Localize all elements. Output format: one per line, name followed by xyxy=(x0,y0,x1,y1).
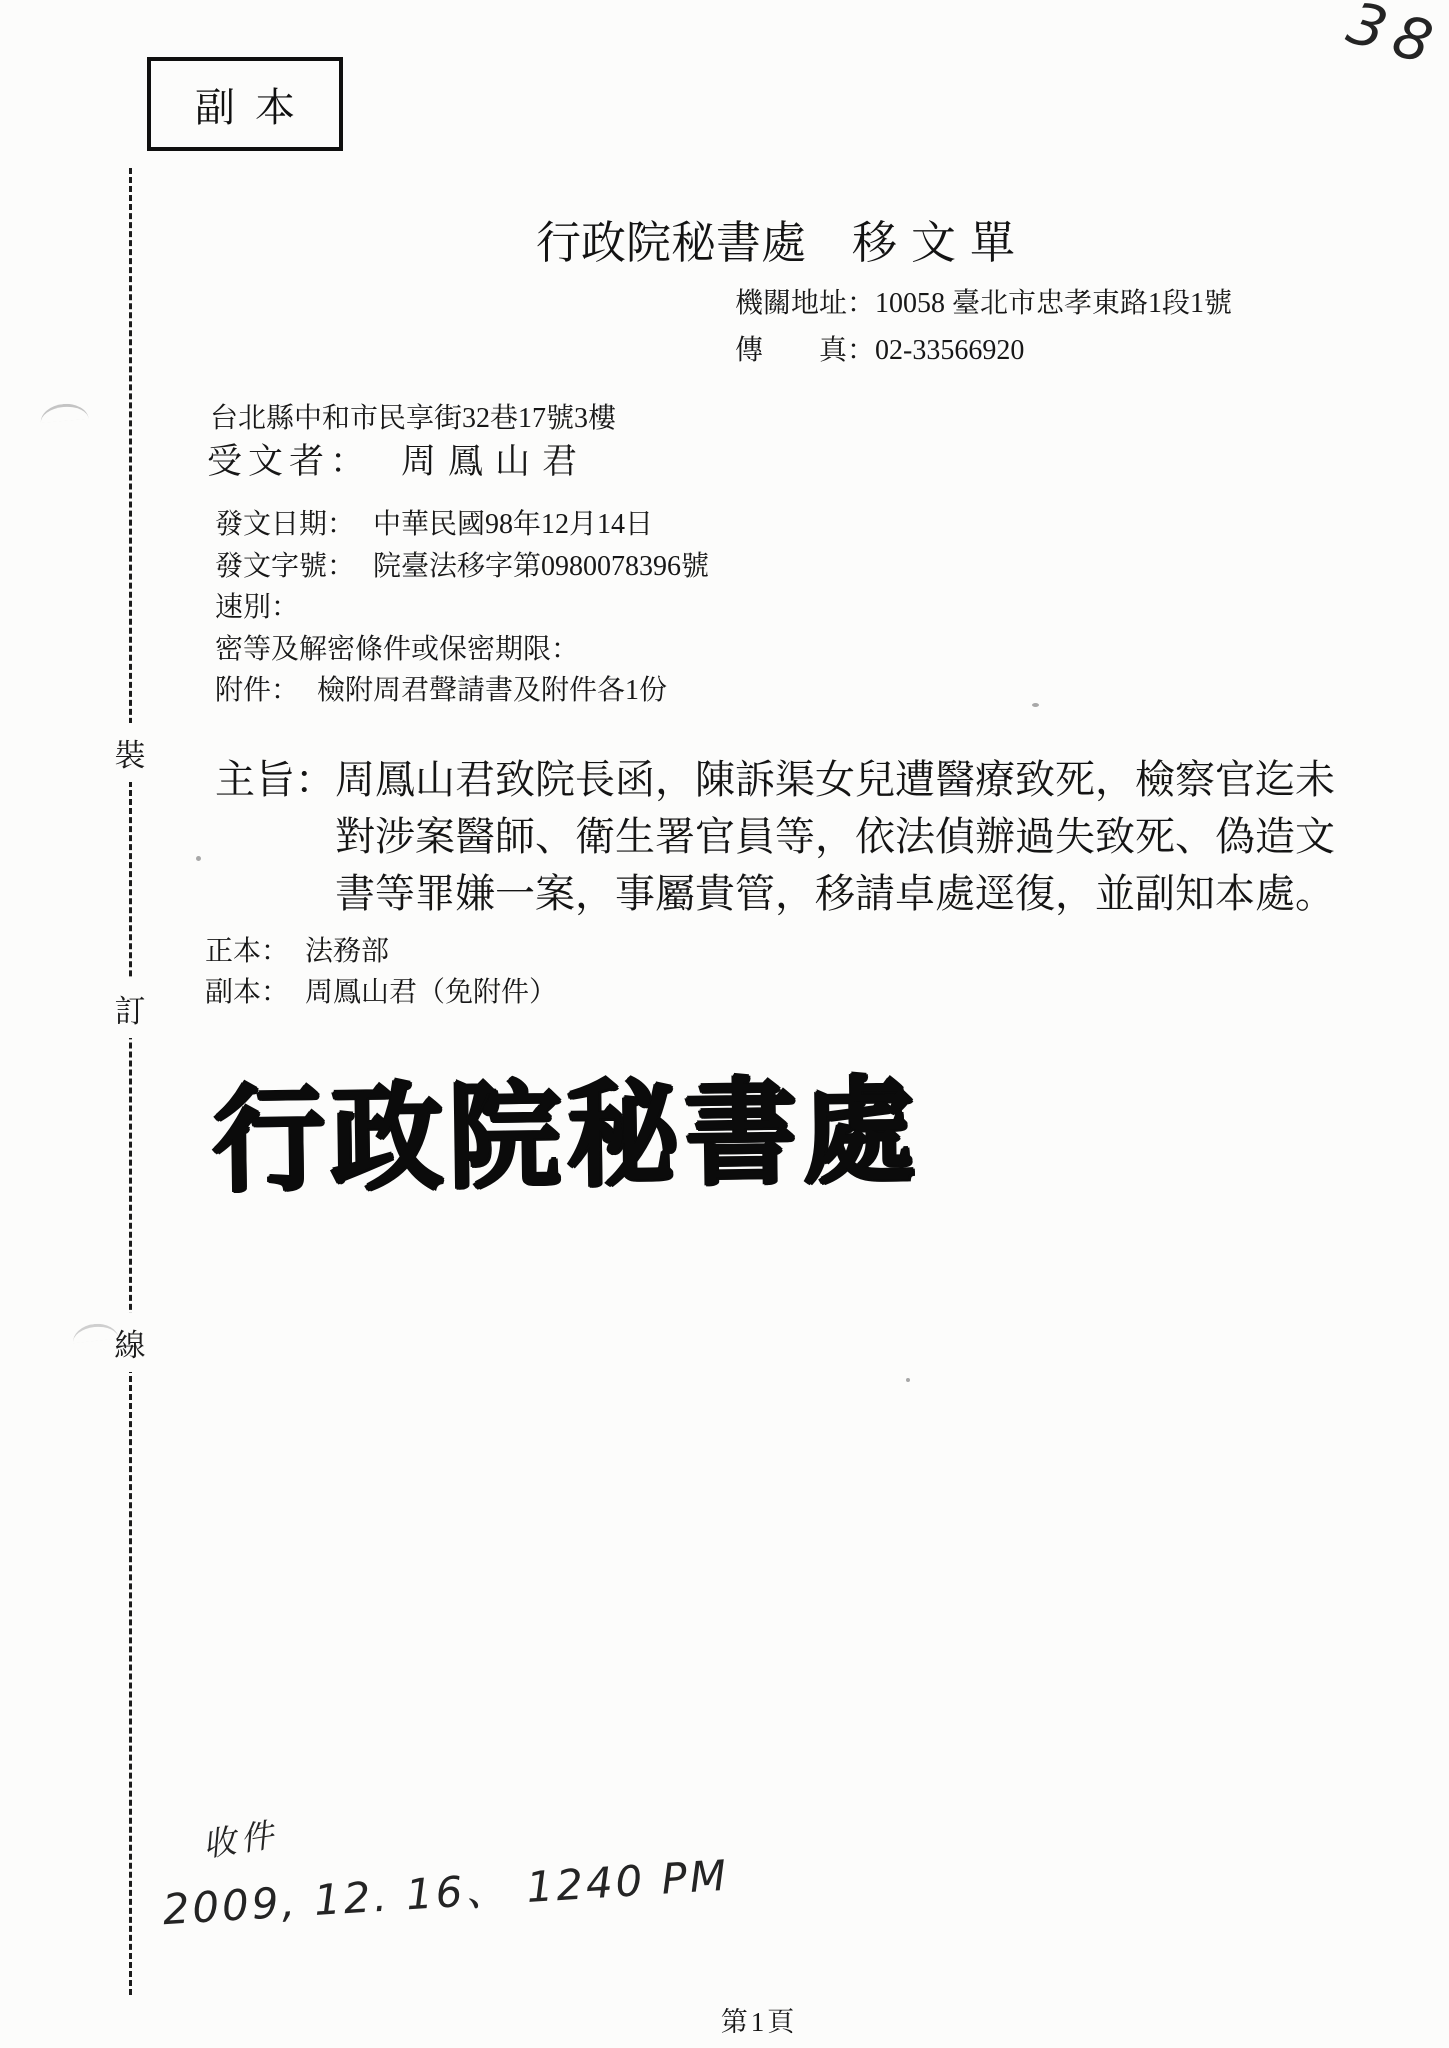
issue-date-row: 發文日期： 中華民國98年12月14日 xyxy=(215,504,709,546)
document-title: 行政院秘書處 移文單 xyxy=(536,206,1029,271)
agency-fax-value: 02-33566920 xyxy=(875,327,1024,374)
recipient-row: 受文者： 周鳳山君 xyxy=(207,434,589,484)
binding-mark-zhuang: 裝 xyxy=(110,723,150,782)
distribution-block: 正本： 法務部 副本： 周鳳山君（免附件） xyxy=(205,931,557,1013)
classification-row: 密等及解密條件或保密期限： xyxy=(215,629,709,671)
original-copy-label: 正本： xyxy=(205,931,289,972)
subject-line-1: 周鳳山君致院長函，陳訴渠女兒遭醫療致死，檢察官迄未 xyxy=(335,751,1335,808)
agency-contact-block: 機關地址： 10058 臺北市忠孝東路1段1號 傳 真： 02-33566920 xyxy=(735,280,1232,374)
issue-date-label: 發文日期： xyxy=(215,504,355,546)
carbon-copy-value: 周鳳山君（免附件） xyxy=(305,972,557,1013)
subject-text: 周鳳山君致院長函，陳訴渠女兒遭醫療致死，檢察官迄未 對涉案醫師、衛生署官員等，依… xyxy=(335,751,1335,922)
doc-number-row: 發文字號： 院臺法移字第0980078396號 xyxy=(215,546,709,588)
scan-speck xyxy=(906,1378,910,1382)
agency-fax-row: 傳 真： 02-33566920 xyxy=(735,327,1232,374)
scanned-document-page: 副本 38 行政院秘書處 移文單 機關地址： 10058 臺北市忠孝東路1段1號… xyxy=(0,0,1449,2048)
subject-block: 主旨： 周鳳山君致院長函，陳訴渠女兒遭醫療致死，檢察官迄未 對涉案醫師、衛生署官… xyxy=(215,751,1335,922)
attachment-label: 附件： xyxy=(215,670,299,712)
office-brush-signature-stamp: 行政院秘書處 xyxy=(211,1039,921,1215)
agency-address-value: 10058 臺北市忠孝東路1段1號 xyxy=(875,280,1232,327)
handwritten-received-label: 收件 xyxy=(199,1808,281,1866)
page-number: 第1頁 xyxy=(721,2000,798,2039)
carbon-copy-row: 副本： 周鳳山君（免附件） xyxy=(205,972,557,1013)
attachment-value: 檢附周君聲請書及附件各1份 xyxy=(317,670,667,712)
agency-fax-label: 傳 真： xyxy=(735,327,875,374)
document-title-type: 移文單 xyxy=(852,206,1029,271)
scan-speck xyxy=(1032,703,1039,707)
agency-address-row: 機關地址： 10058 臺北市忠孝東路1段1號 xyxy=(735,280,1232,327)
binding-mark-xian: 線 xyxy=(110,1313,150,1372)
doc-number-label: 發文字號： xyxy=(215,546,355,588)
recipient-label: 受文者： xyxy=(207,434,371,484)
scan-speck xyxy=(196,856,201,861)
original-copy-row: 正本： 法務部 xyxy=(205,931,557,972)
issue-date-value: 中華民國98年12月14日 xyxy=(373,504,653,546)
classification-label: 密等及解密條件或保密期限： xyxy=(215,629,579,671)
agency-address-label: 機關地址： xyxy=(735,280,875,327)
original-copy-value: 法務部 xyxy=(305,931,389,972)
carbon-copy-label: 副本： xyxy=(205,972,289,1013)
doc-number-value: 院臺法移字第0980078396號 xyxy=(373,546,709,588)
priority-label: 速別： xyxy=(215,587,299,629)
subject-line-3: 書等罪嫌一案，事屬貴管，移請卓處逕復，並副知本處。 xyxy=(335,865,1335,922)
attachment-row: 附件： 檢附周君聲請書及附件各1份 xyxy=(215,670,709,712)
binding-mark-ding: 訂 xyxy=(110,979,150,1038)
subject-line-2: 對涉案醫師、衛生署官員等，依法偵辦過失致死、偽造文 xyxy=(335,808,1335,865)
recipient-name: 周鳳山君 xyxy=(401,434,589,484)
handwritten-corner-number: 38 xyxy=(1340,0,1449,80)
subject-label: 主旨： xyxy=(215,751,335,922)
copy-stamp-badge: 副本 xyxy=(147,57,343,151)
priority-row: 速別： xyxy=(215,587,709,629)
document-meta-block: 發文日期： 中華民國98年12月14日 發文字號： 院臺法移字第09800783… xyxy=(215,504,709,712)
recipient-mailing-address: 台北縣中和市民享街32巷17號3樓 xyxy=(210,396,616,436)
binding-dashed-line xyxy=(129,168,132,1995)
scan-arc-mark-top xyxy=(39,402,88,423)
document-title-org: 行政院秘書處 xyxy=(536,206,806,271)
